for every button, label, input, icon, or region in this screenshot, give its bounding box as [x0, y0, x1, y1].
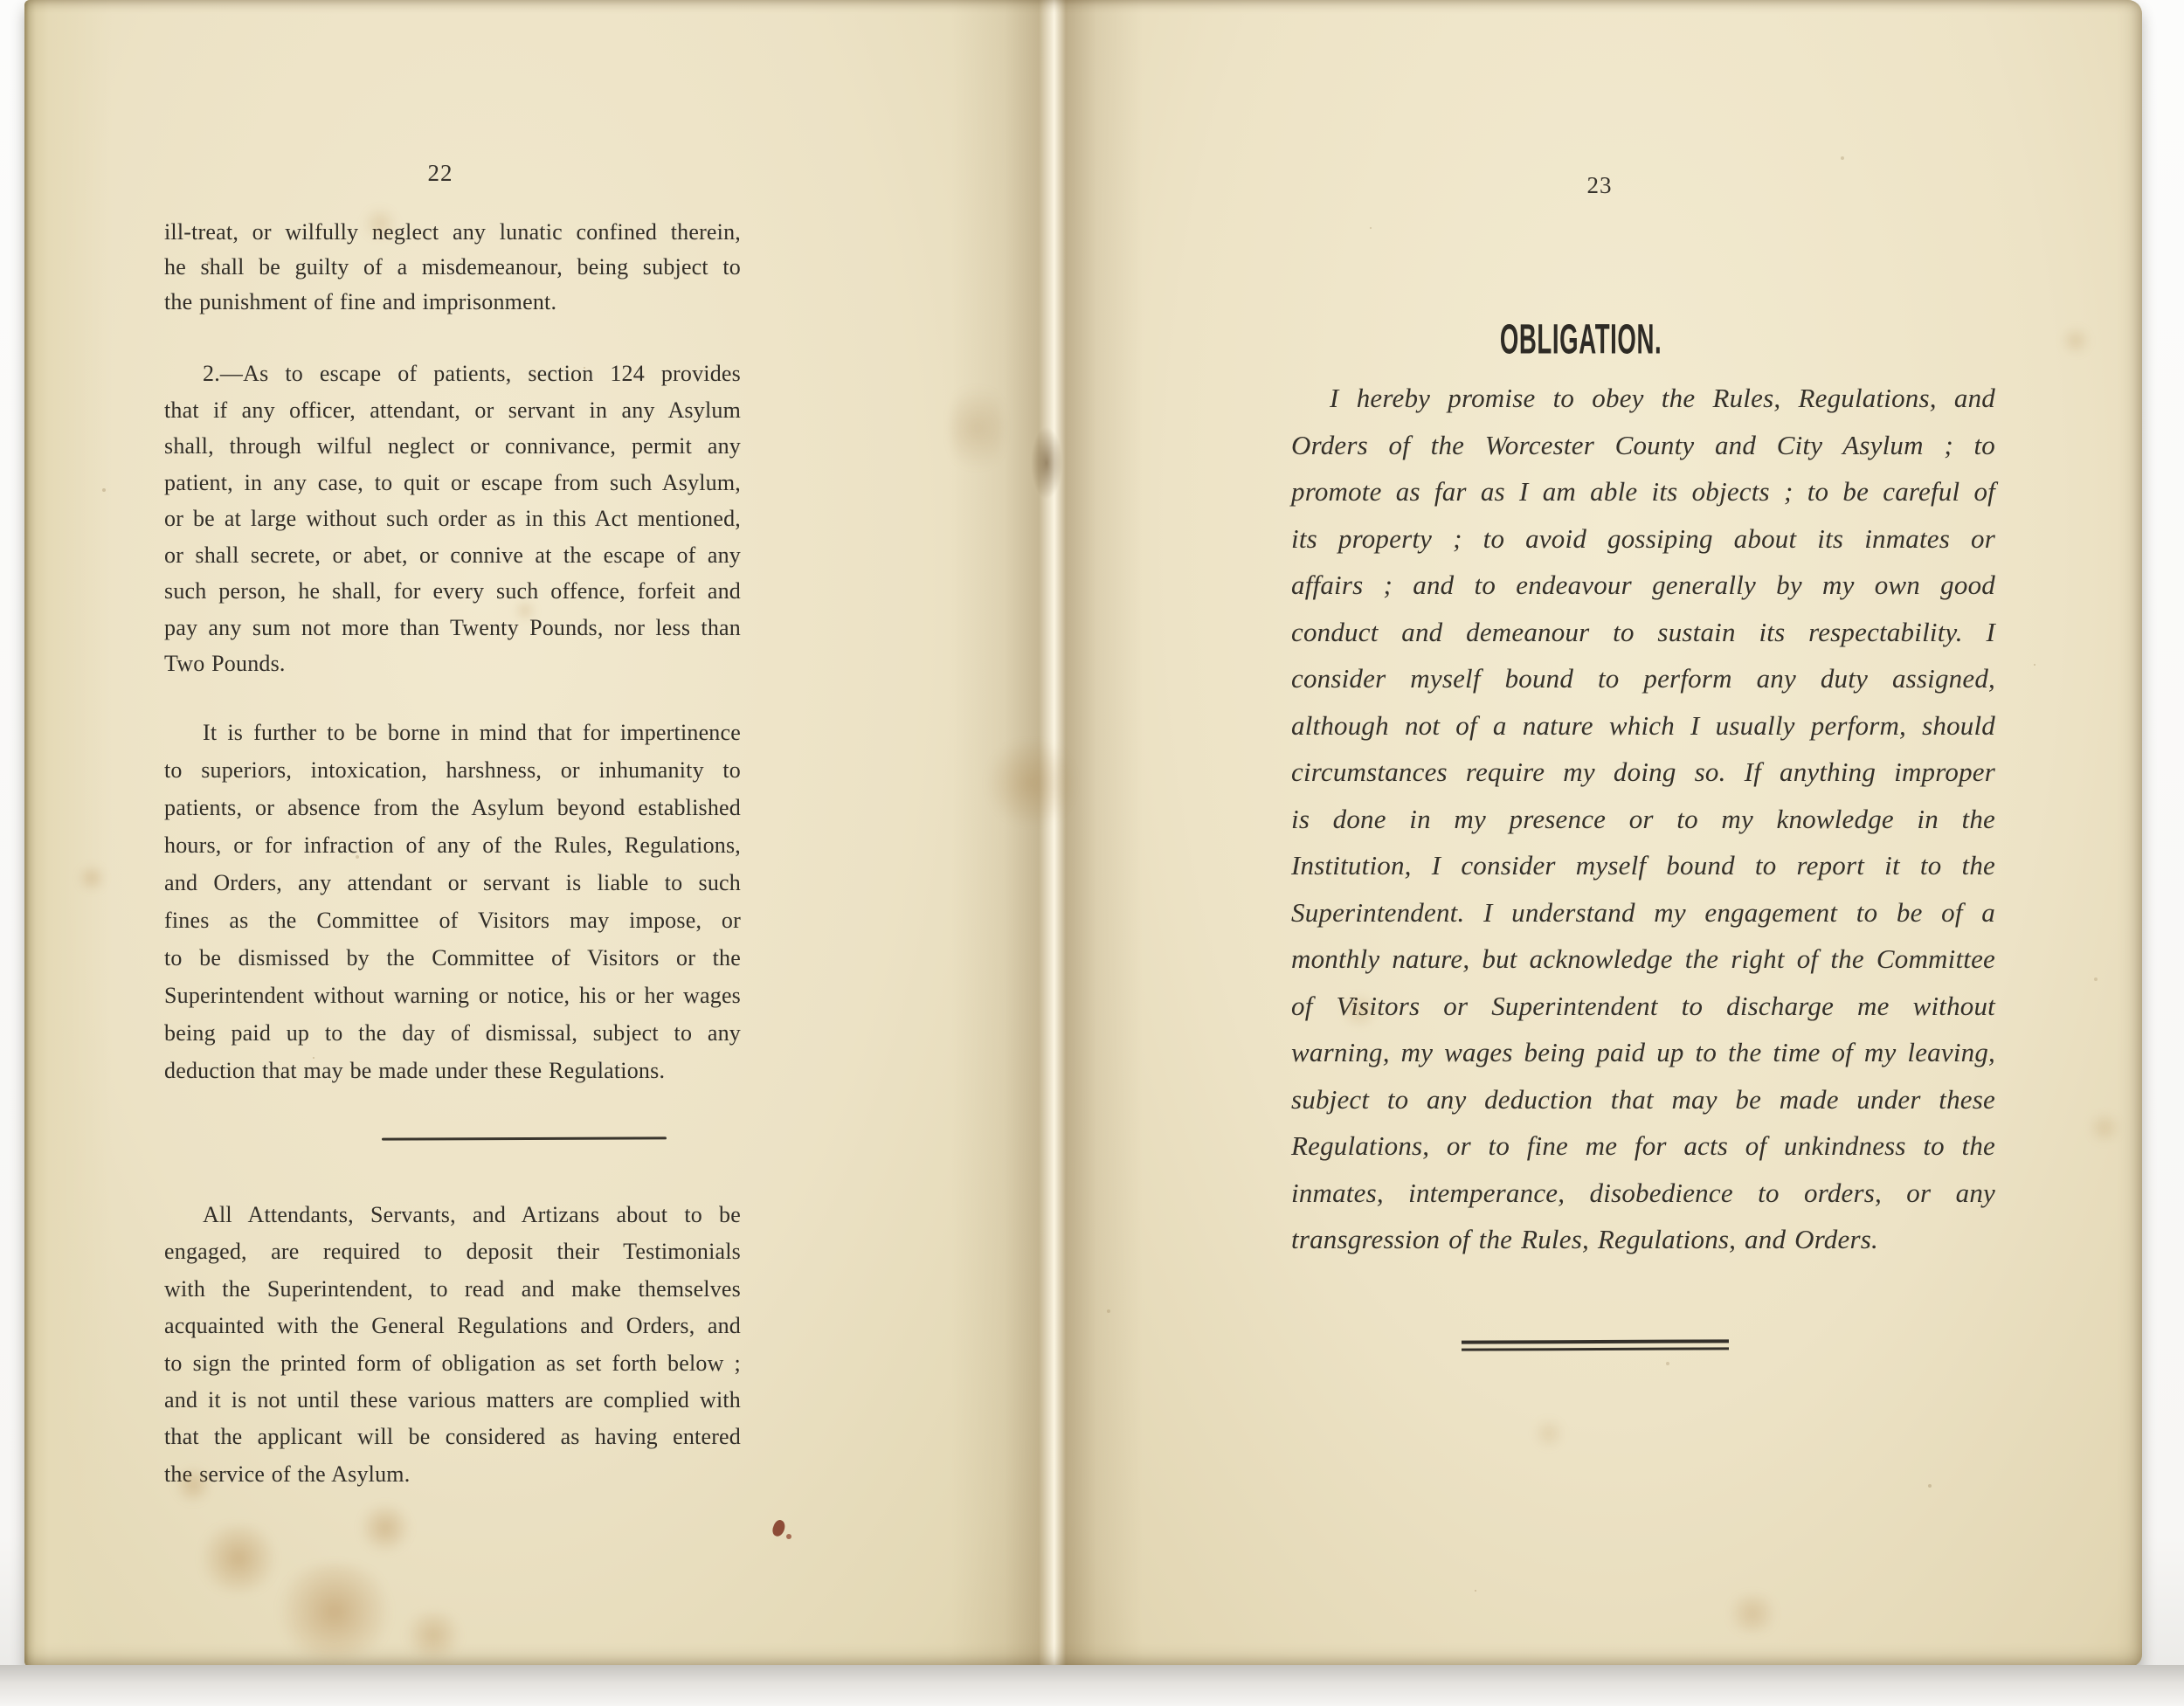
text-line: Orders of the Worcester County and City …	[1291, 422, 1995, 469]
book-spread: 22 ill-treat, or wilfully neglect any lu…	[24, 0, 2142, 1667]
text-line: being paid up to the day of dismissal, s…	[164, 1014, 741, 1052]
text-line: although not of a nature which I usually…	[1291, 702, 1995, 749]
obligation-text: I hereby promise to obey the Rules, Regu…	[1291, 375, 1995, 1263]
text-line: conduct and demeanour to sustain its res…	[1291, 609, 1995, 656]
text-line: engaged, are required to deposit their T…	[164, 1233, 741, 1270]
text-line: and Orders, any attendant or servant is …	[164, 864, 741, 901]
page-number-left: 22	[388, 160, 493, 187]
text-line: to be dismissed by the Committee of Visi…	[164, 939, 741, 977]
text-line: Superintendent without warning or notice…	[164, 977, 741, 1014]
text-line: hours, or for infraction of any of the R…	[164, 826, 741, 864]
text-line: Superintendent. I understand my engageme…	[1291, 889, 1995, 936]
body-paragraph: 2.—As to escape of patients, section 124…	[164, 356, 741, 682]
text-line: acquainted with the General Regulations …	[164, 1308, 741, 1344]
text-line: to superiors, intoxication, harshness, o…	[164, 751, 741, 789]
paper-speckles	[24, 0, 26, 2]
page-edge-stack	[24, 0, 112, 1667]
text-line: deduction that may be made under these R…	[164, 1052, 741, 1089]
obligation-heading-text: OBLIGATION.	[1500, 314, 1662, 363]
text-line: subject to any deduction that may be mad…	[1291, 1076, 1995, 1123]
text-line: shall, through wilful neglect or conniva…	[164, 428, 741, 465]
text-line: with the Superintendent, to read and mak…	[164, 1271, 741, 1308]
text-line: circumstances require my doing so. If an…	[1291, 749, 1995, 796]
text-line: its property ; to avoid gossiping about …	[1291, 515, 1995, 563]
red-ink-dot	[786, 1534, 791, 1539]
text-line: monthly nature, but acknowledge the righ…	[1291, 936, 1995, 983]
text-line: affairs ; and to endeavour generally by …	[1291, 562, 1995, 609]
text-line: Institution, I consider myself bound to …	[1291, 842, 1995, 889]
text-line: is done in my presence or to my knowledg…	[1291, 796, 1995, 843]
text-line: consider myself bound to perform any dut…	[1291, 655, 1995, 702]
text-line: that the applicant will be considered as…	[164, 1419, 741, 1455]
text-line: to sign the printed form of obligation a…	[164, 1345, 741, 1382]
text-line: the punishment of fine and imprisonment.	[164, 285, 741, 320]
text-line: 2.—As to escape of patients, section 124…	[164, 356, 741, 392]
page-number-right: 23	[1547, 172, 1652, 199]
scanned-book-spread: { "left_page": { "page_number": "22", "p…	[0, 0, 2184, 1706]
text-line: the service of the Asylum.	[164, 1456, 741, 1493]
text-line: or shall secrete, or abet, or connive at…	[164, 537, 741, 574]
text-line: of Visitors or Superintendent to dischar…	[1291, 983, 1995, 1030]
body-paragraph: It is further to be borne in mind that f…	[164, 714, 741, 1089]
text-line: promote as far as I am able its objects …	[1291, 468, 1995, 515]
text-line: patients, or absence from the Asylum bey…	[164, 789, 741, 826]
scanner-bed-edge	[0, 1665, 2184, 1706]
text-line: that if any officer, attendant, or serva…	[164, 392, 741, 429]
text-line: and it is not until these various matter…	[164, 1382, 741, 1419]
text-line: inmates, intemperance, disobedience to o…	[1291, 1170, 1995, 1217]
text-line: patient, in any case, to quit or escape …	[164, 465, 741, 501]
text-line: he shall be guilty of a misdemeanour, be…	[164, 250, 741, 285]
closing-double-rule	[1462, 1339, 1729, 1350]
body-paragraph: ill-treat, or wilfully neglect any lunat…	[164, 215, 741, 320]
body-paragraph: All Attendants, Servants, and Artizans a…	[164, 1197, 741, 1493]
text-line: fines as the Committee of Visitors may i…	[164, 901, 741, 939]
obligation-heading: OBLIGATION.	[1398, 314, 1765, 360]
text-line: such person, he shall, for every such of…	[164, 573, 741, 610]
text-line: Two Pounds.	[164, 646, 741, 682]
text-line: It is further to be borne in mind that f…	[164, 714, 741, 751]
text-line: transgression of the Rules, Regulations,…	[1291, 1216, 1995, 1263]
text-line: warning, my wages being paid up to the t…	[1291, 1029, 1995, 1076]
text-line: or be at large without such order as in …	[164, 501, 741, 537]
text-line: pay any sum not more than Twenty Pounds,…	[164, 610, 741, 646]
text-line: ill-treat, or wilfully neglect any lunat…	[164, 215, 741, 250]
text-line: Regulations, or to fine me for acts of u…	[1291, 1122, 1995, 1170]
text-line: All Attendants, Servants, and Artizans a…	[164, 1197, 741, 1233]
text-line: I hereby promise to obey the Rules, Regu…	[1291, 375, 1995, 422]
